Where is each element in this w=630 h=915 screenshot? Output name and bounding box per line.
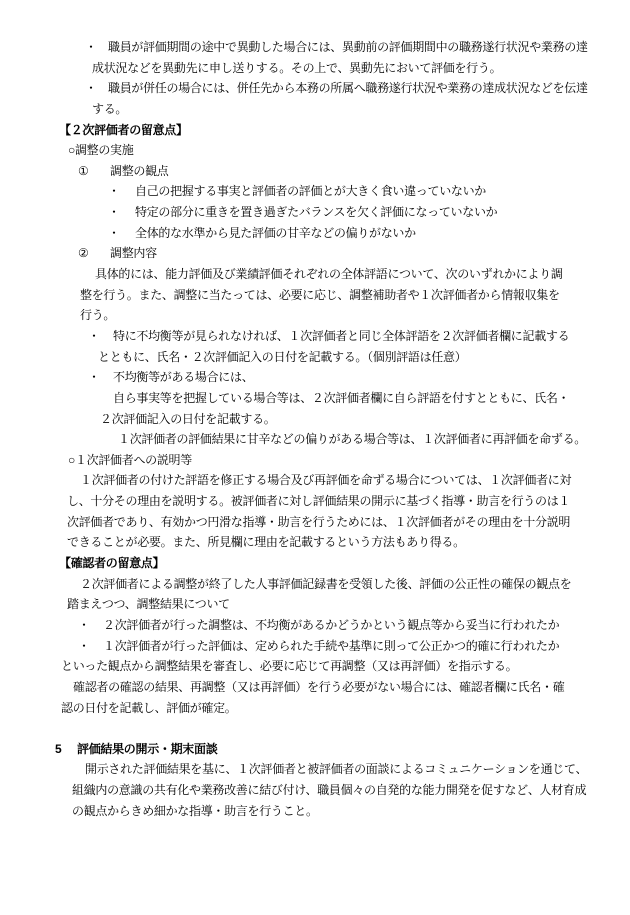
line-text: 次評価者であり、有効かつ円滑な指導・助言を行うためには、１次評価者がその理由を十… bbox=[67, 512, 570, 533]
line-marker: ・ bbox=[85, 78, 97, 99]
text-line: １次評価者の付けた評語を修正する場合及び再評価を命ずる場合については、１次評価者… bbox=[0, 470, 630, 491]
text-line: １次評価者の評価結果に甘辛などの偏りがある場合等は、１次評価者に再評価を命ずる。 bbox=[0, 429, 630, 450]
line-text: の観点からきめ細かな指導・助言を行うこと。 bbox=[72, 801, 318, 822]
line-text: ○調整の実施 bbox=[68, 140, 133, 161]
line-marker: ② bbox=[78, 243, 88, 264]
line-text: できることが必要。また、所見欄に理由を記載するという方法もあり得る。 bbox=[67, 532, 465, 553]
line-marker: ・ bbox=[78, 615, 90, 636]
text-line: ２次評価記入の日付を記載する。 bbox=[0, 409, 630, 430]
text-line: ・２次評価者が行った調整は、不均衡があるかどうかという観点等から妥当に行われたか bbox=[0, 615, 630, 636]
text-line: 【確認者の留意点】 bbox=[0, 553, 630, 574]
line-text: ２次評価者による調整が終了した人事評価記録書を受領した後、評価の公正性の確保の観… bbox=[80, 574, 571, 595]
line-marker: ・ bbox=[108, 181, 120, 202]
text-line: ①調整の観点 bbox=[0, 161, 630, 182]
line-text: 調整の観点 bbox=[110, 161, 169, 182]
line-text: 特定の部分に重きを置き過ぎたバランスを欠く評価になっていないか bbox=[135, 202, 497, 223]
line-text: といった観点から調整結果を審査し、必要に応じて再調整（又は再評価）を指示する。 bbox=[61, 656, 517, 677]
line-text: １次評価者の評価結果に甘辛などの偏りがある場合等は、１次評価者に再評価を命ずる。 bbox=[118, 429, 586, 450]
line-text: 行う。 bbox=[80, 305, 115, 326]
line-marker: ① bbox=[78, 161, 88, 182]
blank-line bbox=[0, 718, 630, 739]
text-line: する。 bbox=[0, 99, 630, 120]
line-text: 評価結果の開示・期末面談 bbox=[77, 739, 217, 760]
text-line: 確認者の確認の結果、再調整（又は再評価）を行う必要がない場合には、確認者欄に氏名… bbox=[0, 677, 630, 698]
text-line: ・不均衡等がある場合には、 bbox=[0, 367, 630, 388]
text-line: 【２次評価者の留意点】 bbox=[0, 120, 630, 141]
line-text: １次評価者が行った評価は、定められた手続や基準に則って公正かつ的確に行われたか bbox=[103, 636, 559, 657]
line-text: 全体的な水準から見た評価の甘辛などの偏りがないか bbox=[135, 223, 416, 244]
line-text: 調整内容 bbox=[110, 243, 157, 264]
line-text: 整を行う。また、調整に当たっては、必要に応じ、調整補助者や１次評価者から情報収集… bbox=[80, 285, 560, 306]
line-text: ○１次評価者への説明等 bbox=[68, 450, 192, 471]
document-body: ・職員が評価期間の途中で異動した場合には、異動前の評価期間中の職務遂行状況や業務… bbox=[0, 37, 630, 821]
text-line: ○１次評価者への説明等 bbox=[0, 450, 630, 471]
line-text: 踏まえつつ、調整結果について bbox=[67, 594, 230, 615]
text-line: といった観点から調整結果を審査し、必要に応じて再調整（又は再評価）を指示する。 bbox=[0, 656, 630, 677]
line-text: 自ら事実等を把握している場合等は、２次評価者欄に自ら評語を付すとともに、氏名・ bbox=[113, 388, 569, 409]
text-line: ・自己の把握する事実と評価者の評価とが大きく食い違っていないか bbox=[0, 181, 630, 202]
text-line: 成状況などを異動先に申し送りする。その上で、異動先において評価を行う。 bbox=[0, 58, 630, 79]
line-text: 職員が評価期間の途中で異動した場合には、異動前の評価期間中の職務遂行状況や業務の… bbox=[108, 37, 588, 58]
text-line: ○調整の実施 bbox=[0, 140, 630, 161]
text-line: 組織内の意識の共有化や業務改善に結び付け、職員個々の自発的な能力開発を促すなど、… bbox=[0, 780, 630, 801]
text-line: ２次評価者による調整が終了した人事評価記録書を受領した後、評価の公正性の確保の観… bbox=[0, 574, 630, 595]
text-line: 踏まえつつ、調整結果について bbox=[0, 594, 630, 615]
line-text: 自己の把握する事実と評価者の評価とが大きく食い違っていないか bbox=[135, 181, 486, 202]
line-text: 組織内の意識の共有化や業務改善に結び付け、職員個々の自発的な能力開発を促すなど、… bbox=[72, 780, 586, 801]
line-text: １次評価者の付けた評語を修正する場合及び再評価を命ずる場合については、１次評価者… bbox=[80, 470, 571, 491]
line-text: 不均衡等がある場合には、 bbox=[113, 367, 253, 388]
line-text: 確認者の確認の結果、再調整（又は再評価）を行う必要がない場合には、確認者欄に氏名… bbox=[73, 677, 564, 698]
line-text: 特に不均衡等が見られなければ、１次評価者と同じ全体評語を２次評価者欄に記載する bbox=[113, 326, 569, 347]
text-line: とともに、氏名・２次評価記入の日付を記載する。（個別評語は任意） bbox=[0, 347, 630, 368]
line-text: 開示された評価結果を基に、１次評価者と被評価者の面談によるコミュニケーションを通… bbox=[85, 759, 587, 780]
text-line: 5評価結果の開示・期末面談 bbox=[0, 739, 630, 760]
document-page: ・職員が評価期間の途中で異動した場合には、異動前の評価期間中の職務遂行状況や業務… bbox=[0, 0, 630, 915]
line-marker: ・ bbox=[108, 223, 120, 244]
line-text: 認の日付を記載し、評価が確定。 bbox=[61, 698, 237, 719]
text-line: ・特に不均衡等が見られなければ、１次評価者と同じ全体評語を２次評価者欄に記載する bbox=[0, 326, 630, 347]
line-text: 成状況などを異動先に申し送りする。その上で、異動先において評価を行う。 bbox=[92, 58, 501, 79]
line-text: ２次評価者が行った調整は、不均衡があるかどうかという観点等から妥当に行われたか bbox=[103, 615, 559, 636]
line-marker: ・ bbox=[88, 326, 100, 347]
text-line: 開示された評価結果を基に、１次評価者と被評価者の面談によるコミュニケーションを通… bbox=[0, 759, 630, 780]
text-line: 具体的には、能力評価及び業績評価それぞれの全体評語について、次のいずれかにより調 bbox=[0, 264, 630, 285]
text-line: 行う。 bbox=[0, 305, 630, 326]
line-marker: ・ bbox=[78, 636, 90, 657]
text-line: し、十分その理由を説明する。被評価者に対し評価結果の開示に基づく指導・助言を行う… bbox=[0, 491, 630, 512]
text-line: ・特定の部分に重きを置き過ぎたバランスを欠く評価になっていないか bbox=[0, 202, 630, 223]
line-text: 【確認者の留意点】 bbox=[59, 553, 164, 574]
text-line: ②調整内容 bbox=[0, 243, 630, 264]
text-line: 自ら事実等を把握している場合等は、２次評価者欄に自ら評語を付すとともに、氏名・ bbox=[0, 388, 630, 409]
line-marker: 5 bbox=[55, 739, 61, 760]
text-line: ・職員が評価期間の途中で異動した場合には、異動前の評価期間中の職務遂行状況や業務… bbox=[0, 37, 630, 58]
line-text: 具体的には、能力評価及び業績評価それぞれの全体評語について、次のいずれかにより調 bbox=[95, 264, 563, 285]
text-line: 次評価者であり、有効かつ円滑な指導・助言を行うためには、１次評価者がその理由を十… bbox=[0, 512, 630, 533]
line-text: 【２次評価者の留意点】 bbox=[59, 120, 188, 141]
line-marker: ・ bbox=[88, 367, 100, 388]
line-text: 職員が併任の場合には、併任先から本務の所属へ職務遂行状況や業務の達成状況などを伝… bbox=[108, 78, 588, 99]
line-marker: ・ bbox=[85, 37, 97, 58]
line-marker: ・ bbox=[108, 202, 120, 223]
line-text: し、十分その理由を説明する。被評価者に対し評価結果の開示に基づく指導・助言を行う… bbox=[67, 491, 570, 512]
line-text: とともに、氏名・２次評価記入の日付を記載する。（個別評語は任意） bbox=[98, 347, 466, 368]
text-line: 認の日付を記載し、評価が確定。 bbox=[0, 698, 630, 719]
line-text: ２次評価記入の日付を記載する。 bbox=[100, 409, 276, 430]
line-text: する。 bbox=[92, 99, 127, 120]
text-line: ・職員が併任の場合には、併任先から本務の所属へ職務遂行状況や業務の達成状況などを… bbox=[0, 78, 630, 99]
text-line: できることが必要。また、所見欄に理由を記載するという方法もあり得る。 bbox=[0, 532, 630, 553]
text-line: ・１次評価者が行った評価は、定められた手続や基準に則って公正かつ的確に行われたか bbox=[0, 636, 630, 657]
text-line: の観点からきめ細かな指導・助言を行うこと。 bbox=[0, 801, 630, 822]
text-line: 整を行う。また、調整に当たっては、必要に応じ、調整補助者や１次評価者から情報収集… bbox=[0, 285, 630, 306]
text-line: ・全体的な水準から見た評価の甘辛などの偏りがないか bbox=[0, 223, 630, 244]
